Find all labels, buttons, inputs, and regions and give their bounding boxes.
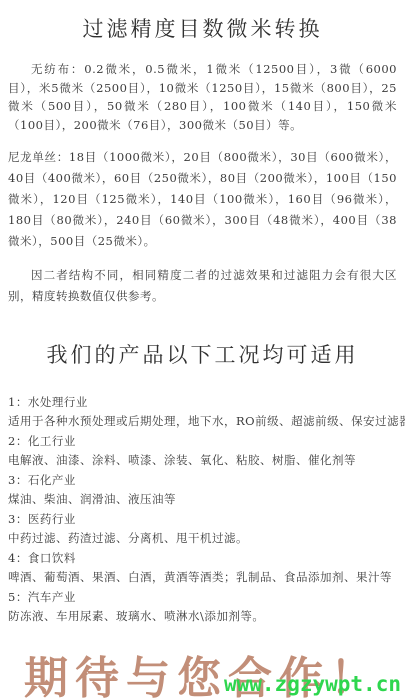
- industry-desc: 防冻液、车用尿素、玻璃水、喷淋水\添加剂等。: [8, 607, 397, 626]
- watermark-url: www.zgzywpt.cn: [224, 672, 401, 696]
- industry-desc: 煤油、柴油、润滑油、液压油等: [8, 490, 397, 509]
- section-title-applications: 我们的产品以下工况均可适用: [0, 339, 405, 369]
- paragraph-nylon-monofilament: 尼龙单丝：18目（1000微米），20目（800微米），30目（600微米），4…: [8, 147, 397, 252]
- industry-desc: 电解液、油漆、涂料、喷漆、涂装、氧化、粘胶、树脂、催化剂等: [8, 451, 397, 470]
- paragraph-note: 因二者结构不同，相同精度二者的过滤效果和过滤阻力会有很大区别，精度转换数值仅供参…: [8, 265, 397, 307]
- industry-label: 3：石化产业: [8, 471, 397, 490]
- industry-desc: 啤酒、葡萄酒、果酒、白酒，黄酒等酒类；乳制品、食品添加剂、果汁等: [8, 568, 397, 587]
- list-item: 4：食口饮料 啤酒、葡萄酒、果酒、白酒，黄酒等酒类；乳制品、食品添加剂、果汁等: [8, 549, 397, 587]
- industry-label: 2：化工行业: [8, 432, 397, 451]
- industry-label: 1：水处理行业: [8, 393, 397, 412]
- list-item: 3：医药行业 中药过滤、药渣过滤、分离机、甩干机过滤。: [8, 510, 397, 548]
- list-item: 2：化工行业 电解液、油漆、涂料、喷漆、涂装、氧化、粘胶、树脂、催化剂等: [8, 432, 397, 470]
- list-item: 1：水处理行业 适用于各种水预处理或后期处理，地下水，RO前级、超滤前级、保安过…: [8, 393, 397, 431]
- industry-label: 4：食口饮料: [8, 549, 397, 568]
- paragraph-nonwoven-fabric: 无纺布：0.2微米，0.5微米，1微米（12500目），3微（6000目），米5…: [8, 60, 397, 134]
- industry-label: 5：汽车产业: [8, 588, 397, 607]
- industry-label: 3：医药行业: [8, 510, 397, 529]
- list-item: 3：石化产业 煤油、柴油、润滑油、液压油等: [8, 471, 397, 509]
- industry-desc: 适用于各种水预处理或后期处理，地下水，RO前级、超滤前级、保安过滤器前级。: [8, 412, 397, 431]
- page-title: 过滤精度目数微米转换: [0, 13, 405, 43]
- industry-list: 1：水处理行业 适用于各种水预处理或后期处理，地下水，RO前级、超滤前级、保安过…: [8, 393, 397, 626]
- industry-desc: 中药过滤、药渣过滤、分离机、甩干机过滤。: [8, 529, 397, 548]
- list-item: 5：汽车产业 防冻液、车用尿素、玻璃水、喷淋水\添加剂等。: [8, 588, 397, 626]
- document-page: 过滤精度目数微米转换 无纺布：0.2微米，0.5微米，1微米（12500目），3…: [0, 0, 405, 700]
